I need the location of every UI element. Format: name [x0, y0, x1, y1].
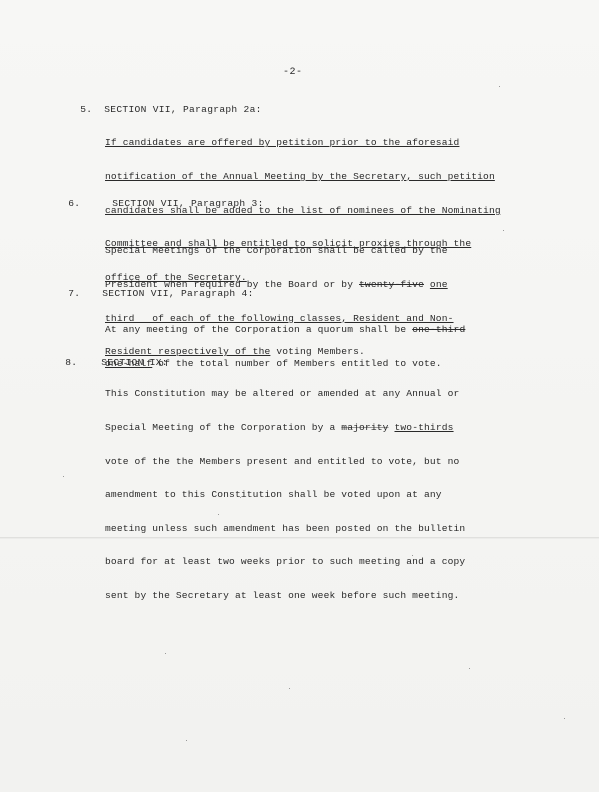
document-page: -2- 5.SECTION VII, Paragraph 2a: If cand…	[0, 0, 599, 792]
body-line: board for at least two weeks prior to su…	[105, 556, 525, 567]
scan-speck	[165, 653, 166, 654]
scan-speck	[186, 740, 187, 741]
section-8-body: This Constitution may be altered or amen…	[105, 366, 525, 624]
section-title: SECTION VII, Paragraph 4:	[102, 288, 253, 299]
text-run: At any meeting of the Corporation a quor…	[105, 324, 412, 335]
body-line: vote of the the Members present and enti…	[105, 456, 525, 467]
deleted-text: one-third	[412, 324, 465, 335]
scan-speck	[218, 514, 219, 515]
body-line: Special Meetings of the Corporation shal…	[105, 245, 525, 256]
scan-speck	[289, 688, 290, 689]
section-title: SECTION VII, Paragraph 3:	[112, 198, 263, 209]
body-line: notification of the Annual Meeting by th…	[105, 171, 525, 182]
scan-speck	[63, 476, 64, 477]
section-6-heading: 6.SECTION VII, Paragraph 3:	[44, 187, 264, 220]
body-line: At any meeting of the Corporation a quor…	[105, 324, 525, 335]
text-run: Special Meetings of the Corporation shal…	[105, 245, 448, 256]
inserted-text: two-thirds	[394, 422, 453, 433]
deleted-text: twenty-five	[359, 279, 424, 290]
inserted-text: one	[430, 279, 448, 290]
text-run: Special Meeting of the Corporation by a	[105, 422, 341, 433]
body-line: Special Meeting of the Corporation by a …	[105, 422, 525, 433]
body-line: meeting unless such amendment has been p…	[105, 523, 525, 534]
body-line: amendment to this Constitution shall be …	[105, 489, 525, 500]
body-line: If candidates are offered by petition pr…	[105, 137, 525, 148]
section-title: SECTION VII, Paragraph 2a:	[104, 104, 262, 115]
section-number: 5.	[80, 104, 104, 115]
scan-speck	[503, 230, 504, 231]
section-number: 8.	[65, 357, 101, 368]
section-number: 7.	[68, 288, 102, 299]
scan-speck	[469, 668, 470, 669]
body-line: This Constitution may be altered or amen…	[105, 388, 525, 399]
page-number: -2-	[283, 67, 303, 78]
scan-speck	[499, 86, 500, 87]
scan-speck	[564, 718, 565, 719]
section-number: 6.	[68, 198, 112, 209]
scan-speck	[412, 555, 413, 556]
deleted-text: majority	[341, 422, 388, 433]
scan-speck	[240, 497, 241, 498]
body-line: sent by the Secretary at least one week …	[105, 590, 525, 601]
